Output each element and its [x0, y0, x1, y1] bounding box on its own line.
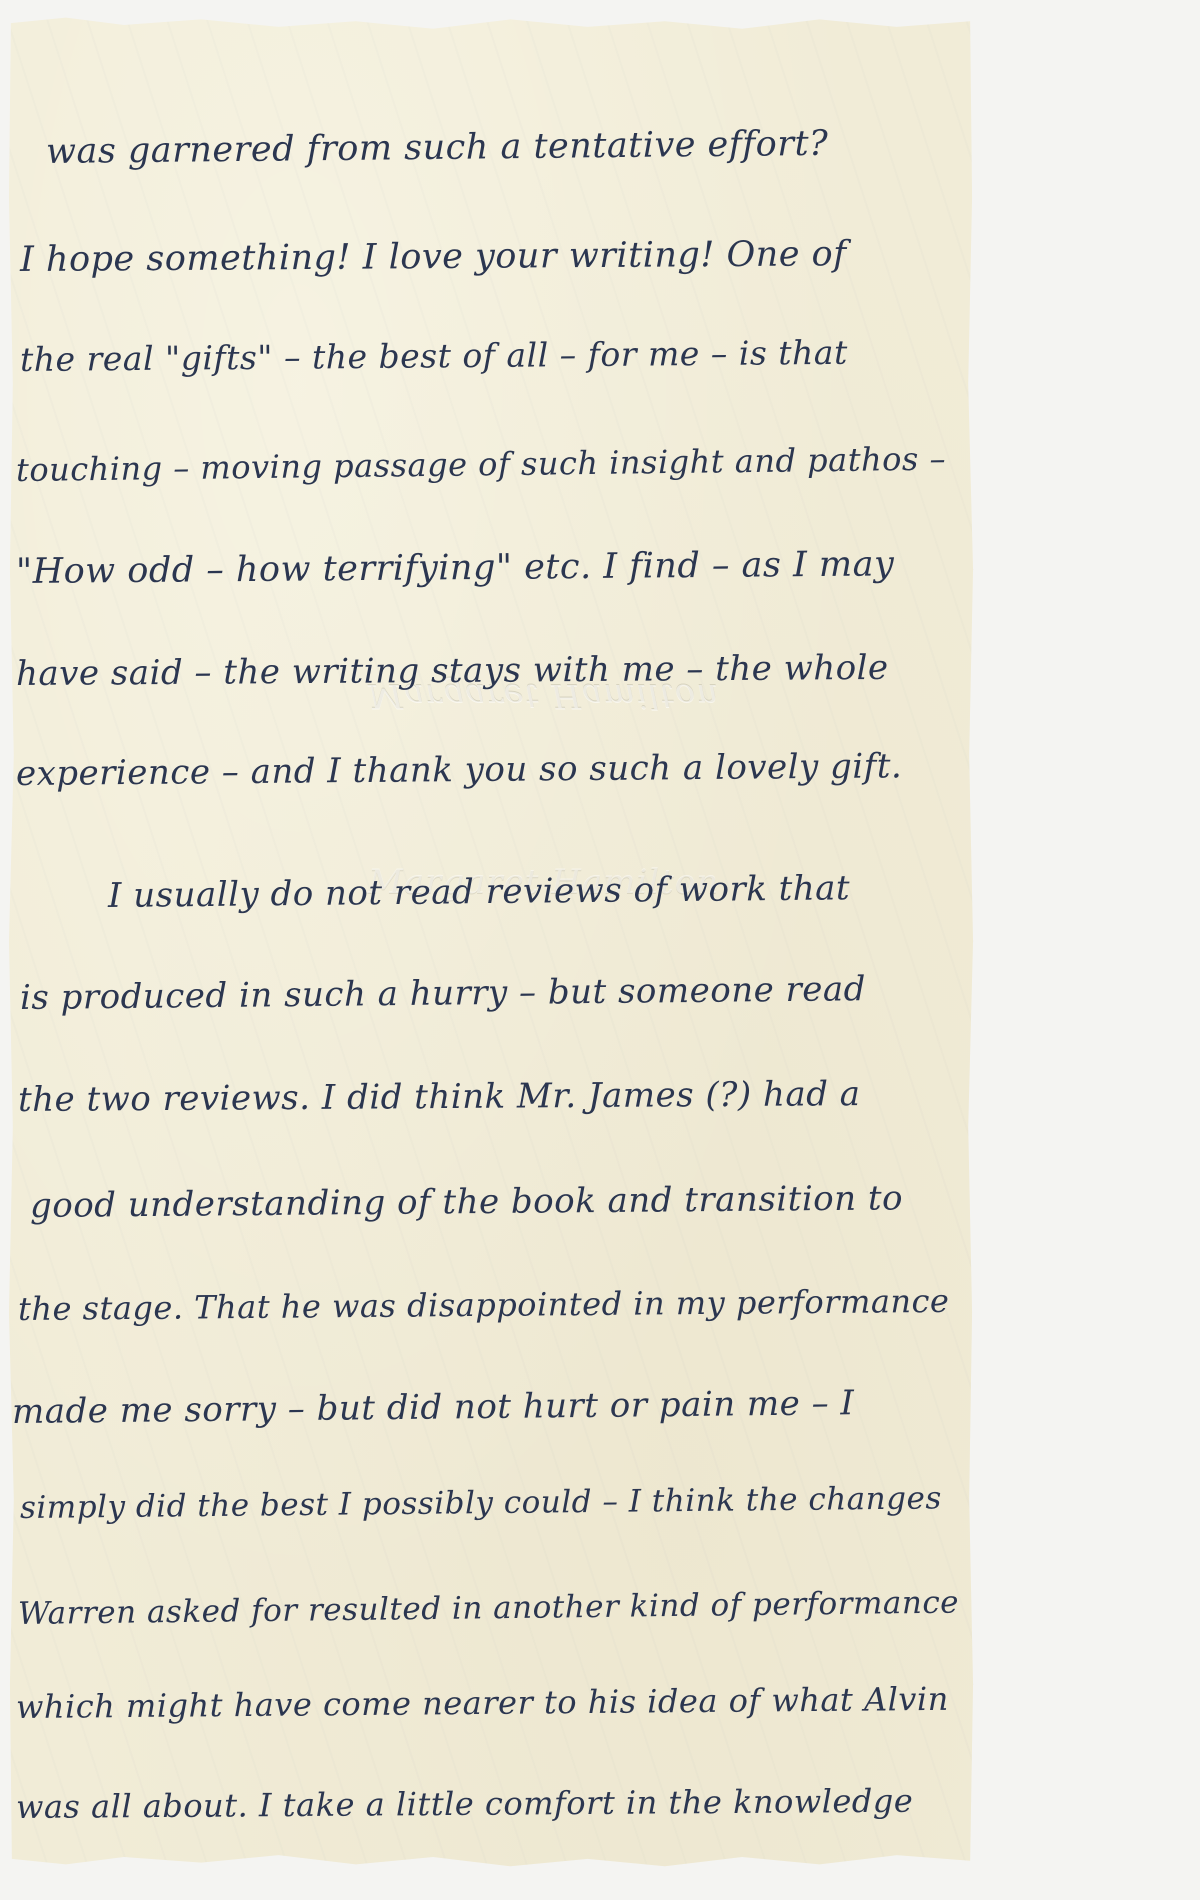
letter-line: touching – moving passage of such insigh… [16, 440, 946, 489]
letter-line: simply did the best I possibly could – I… [20, 1480, 942, 1526]
letter-line: I usually do not read reviews of work th… [108, 868, 851, 916]
letter-line: the real "gifts" – the best of all – for… [20, 333, 848, 379]
letter-line: experience – and I thank you so such a l… [16, 746, 903, 794]
letter-line: "How odd – how terrifying" etc. I find –… [16, 544, 895, 592]
letter-line: Warren asked for resulted in another kin… [18, 1585, 959, 1632]
letter-line: the two reviews. I did think Mr. James (… [18, 1074, 861, 1120]
letter-line: good understanding of the book and trans… [30, 1178, 903, 1226]
letter-line: was all about. I take a little comfort i… [16, 1782, 913, 1826]
letter-line: made me sorry – but did not hurt or pain… [12, 1383, 855, 1432]
letter-line: have said – the writing stays with me – … [16, 648, 889, 694]
letter-scan: Margaret Hamilton Margaret Hamilton was … [0, 0, 1200, 1900]
letter-line: is produced in such a hurry – but someon… [20, 969, 866, 1018]
letter-page: Margaret Hamilton Margaret Hamilton was … [8, 12, 974, 1870]
letter-line: the stage. That he was disappointed in m… [18, 1282, 950, 1328]
letter-line: I hope something! I love your writing! O… [20, 234, 847, 280]
letter-line: was garnered from such a tentative effor… [46, 124, 829, 172]
letter-line: which might have come nearer to his idea… [16, 1680, 949, 1726]
